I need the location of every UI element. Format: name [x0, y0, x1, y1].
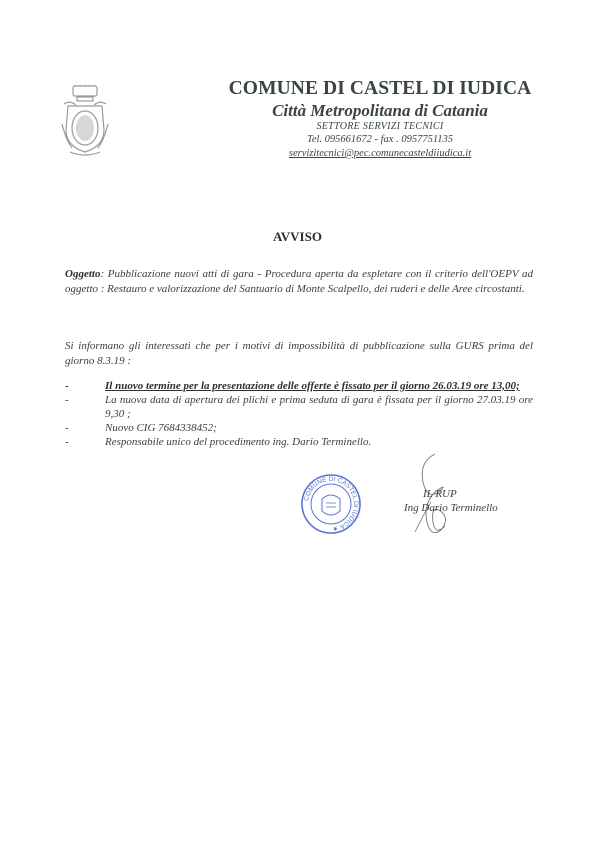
- subject-text: : Pubblicazione nuovi atti di gara - Pro…: [65, 268, 533, 295]
- new-cig: Nuovo CIG 7684338452;: [105, 422, 217, 434]
- list-item: -La nuova data di apertura dei plichi e …: [65, 393, 533, 421]
- official-stamp-icon: COMUNE DI CASTEL DI IUDICA ★: [300, 473, 362, 535]
- list-item: -Il nuovo termine per la presentazione d…: [65, 379, 533, 393]
- email-link[interactable]: servizitecnici@pec.comunecasteldiiudica.…: [289, 148, 471, 159]
- signer-name: Ing Dario Terminello: [404, 502, 498, 514]
- sector-name: SETTORE SERVIZI TECNICI: [200, 121, 560, 132]
- list-item: -Responsabile unico del procedimento ing…: [65, 435, 533, 449]
- opening-date: La nuova data di apertura dei plichi e p…: [105, 394, 533, 420]
- subject-paragraph: Oggetto: Pubblicazione nuovi atti di gar…: [65, 267, 533, 296]
- email-line: servizitecnici@pec.comunecasteldiiudica.…: [200, 148, 560, 159]
- signer-role: IL RUP: [423, 488, 457, 500]
- responsible-person: Responsabile unico del procedimento ing.…: [105, 436, 371, 448]
- notice-items: -Il nuovo termine per la presentazione d…: [65, 379, 533, 449]
- new-deadline: Il nuovo termine per la presentazione de…: [105, 380, 520, 392]
- intro-paragraph: Si informano gli interessati che per i m…: [65, 339, 533, 368]
- metropolitan-city: Città Metropolitana di Catania: [200, 101, 560, 121]
- list-item: -Nuovo CIG 7684338452;: [65, 421, 533, 435]
- coat-of-arms-icon: [60, 84, 110, 158]
- notice-title: AVVISO: [0, 229, 595, 245]
- contact-numbers: Tel. 095661672 - fax . 0957751135: [200, 134, 560, 145]
- municipality-name: COMUNE DI CASTEL DI IUDICA: [200, 78, 560, 100]
- subject-label: Oggetto: [65, 268, 100, 280]
